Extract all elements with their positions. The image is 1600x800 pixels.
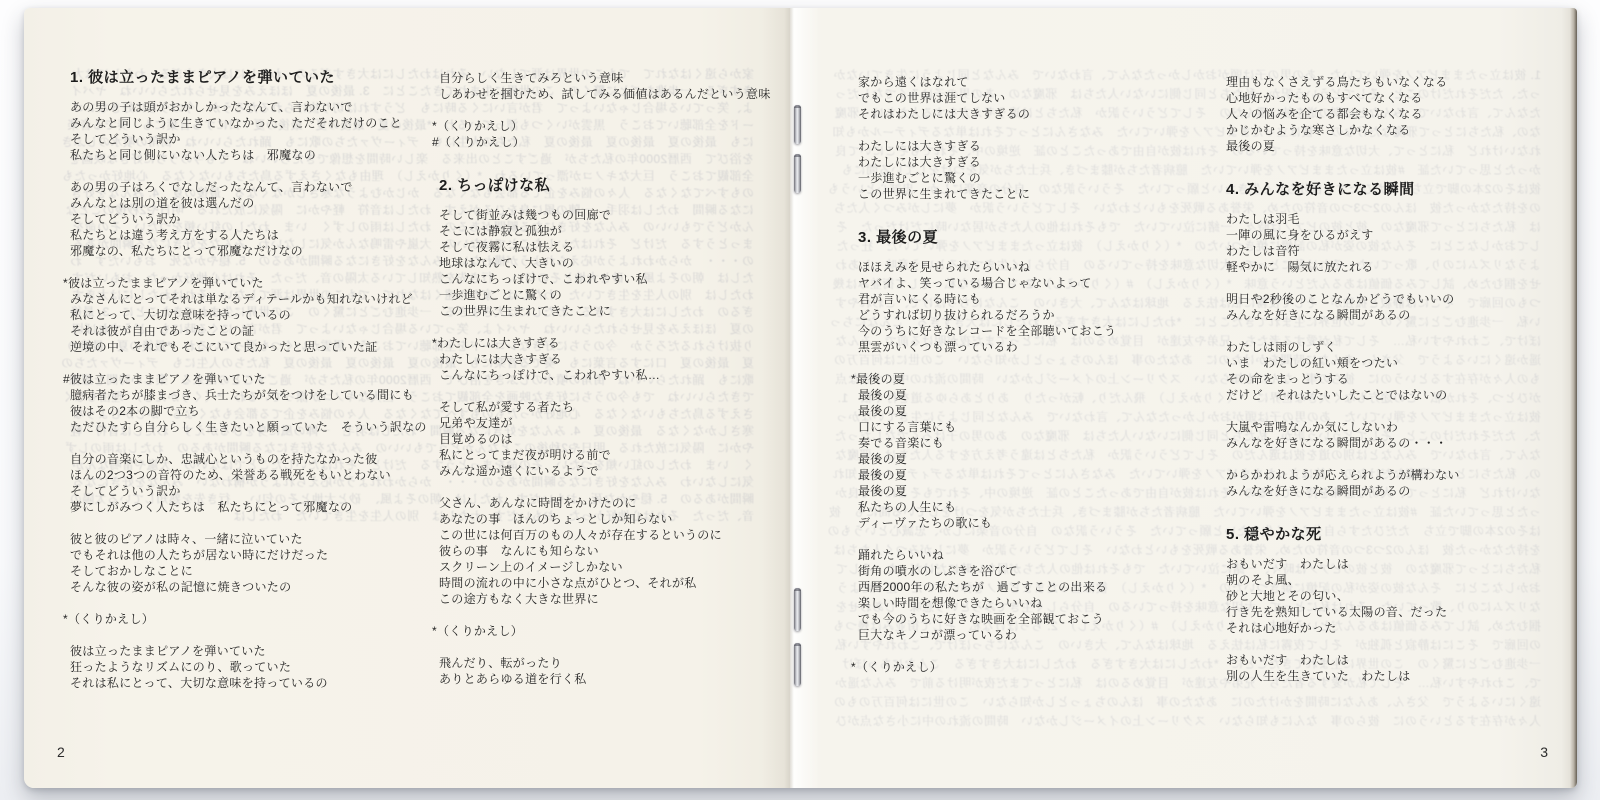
lyric-line: #（くりかえし） xyxy=(432,134,784,150)
lyric-line: そんな彼の姿が私の記憶に焼きついたの xyxy=(70,579,442,595)
lyric-line: こんなにちっぽけで、こわれやすい私… xyxy=(439,367,784,383)
lyric-line: 行き先を熟知している太陽の音、だった xyxy=(1226,604,1577,620)
right-page-column-1: 家から遠くはなれてでもこの世界は涯てしないそれはわたしには大きすぎるのわたしには… xyxy=(858,74,1218,691)
lyric-stanza: 彼は立ったままピアノを弾いていた狂ったようなリズムにのり、歌っていたそれは私にと… xyxy=(70,643,442,691)
lyric-line: わたしには大きすぎる xyxy=(858,154,1218,170)
lyric-stanza: 家から遠くはなれてでもこの世界は涯てしないそれはわたしには大きすぎるの xyxy=(858,74,1218,122)
lyric-line: 最後の夏 xyxy=(858,451,1218,467)
lyric-line: *最後の夏 xyxy=(851,371,1218,387)
lyric-line: ただひたすら自分らしく生きたいと願っていた そういう訳なの xyxy=(70,419,442,435)
lyric-line: あの男の子はろくでなしだったなんて、言わないで xyxy=(70,179,442,195)
lyric-line: 逆境の中、それでもそこにいて良かったと思っていた証 xyxy=(70,339,442,355)
lyric-line: 別の人生を生きていた わたしは xyxy=(1226,668,1577,684)
lyric-line: 君が言いにくる時にも xyxy=(858,291,1218,307)
lyric-line: そしてどういう訳か xyxy=(70,211,442,227)
lyric-line: みんなとは別の道を彼は選んだの xyxy=(70,195,442,211)
lyric-line: そして夜霧に私は怯える xyxy=(439,239,784,255)
lyric-stanza: 自分らしく生きてみろという意味しあわせを掴むため、試してみる価値はあるんだという… xyxy=(439,70,784,102)
lyric-line: ヤバイよ、笑っている場合じゃないよって xyxy=(858,275,1218,291)
lyric-line: みんなを好きになる瞬間があるの・・・ xyxy=(1226,435,1577,451)
song-title: 4. みんなを好きになる瞬間 xyxy=(1226,182,1577,198)
lyric-line: そして街並みは幾つもの回廊で xyxy=(439,207,784,223)
lyric-line: そこには静寂と孤独が xyxy=(439,223,784,239)
lyric-line: 父さん、あんなに時間をかけたのに xyxy=(439,495,784,511)
page-number-right: 3 xyxy=(1540,744,1548,760)
lyric-line: 巨大なキノコが漂っているわ xyxy=(858,627,1218,643)
lyric-stanza: あの男の子はろくでなしだったなんて、言わないでみんなとは別の道を彼は選んだのそし… xyxy=(70,179,442,259)
lyric-line: 口にする言葉にも xyxy=(858,419,1218,435)
lyric-line: どうすれば切り抜けられるだろうか xyxy=(858,307,1218,323)
lyric-stanza: 彼と彼のピアノは時々、一緒に泣いていたでもそれは他の人たちが居ない時にだけだった… xyxy=(70,531,442,595)
lyric-line: 彼と彼のピアノは時々、一緒に泣いていた xyxy=(70,531,442,547)
lyric-line: あの男の子は頭がおかしかったなんて、言わないで xyxy=(70,99,442,115)
lyric-line: 彼は立ったままピアノを弾いていた xyxy=(70,643,442,659)
lyric-line: でも今のうちに好きな映画を全部観ておこう xyxy=(858,611,1218,627)
lyric-line: それは私にとって、大切な意味を持っているの xyxy=(70,675,442,691)
left-page-column-1: 1. 彼は立ったままピアノを弾いていたあの男の子は頭がおかしかったなんて、言わな… xyxy=(70,70,442,707)
lyric-line: この世には何百万のもの人々が存在するというのに xyxy=(439,527,784,543)
lyric-line: *（くりかえし） xyxy=(63,611,442,627)
lyric-line: 砂と大地とその匂い、 xyxy=(1226,588,1577,604)
lyric-stanza: *（くりかえし） xyxy=(439,623,784,639)
lyric-line: この途方もなく大きな世界に xyxy=(439,591,784,607)
lyric-line: 楽しい時間を想像できたらいいね xyxy=(858,595,1218,611)
lyric-line: からかわれようが応えられようが構わない xyxy=(1226,467,1577,483)
lyric-line: でもそれは他の人たちが居ない時にだけだった xyxy=(70,547,442,563)
lyric-line: それは心地好かった xyxy=(1226,620,1577,636)
lyric-line: 私たちの人生にも xyxy=(858,499,1218,515)
lyric-stanza: おもいだす わたしは朝のそよ風、砂と大地とその匂い、行き先を熟知している太陽の音… xyxy=(1226,556,1577,636)
song-title: 2. ちっぽけな私 xyxy=(439,178,784,194)
booklet-spread: 家から遠くはなれて でもこの世界は涯てしない それはわたしには大きすぎるの わた… xyxy=(24,8,1577,788)
lyric-line: わたしは雨のしずく xyxy=(1226,339,1577,355)
lyric-line: いま わたしの紅い頬をつたい xyxy=(1226,355,1577,371)
lyric-line: みなさんにとってそれは単なるディテールかも知れないけれど xyxy=(70,291,442,307)
lyric-line: *（くりかえし） xyxy=(851,659,1218,675)
lyric-stanza: 明日や2秒後のことなんかどうでもいいのみんなを好きになる瞬間があるの xyxy=(1226,291,1577,323)
lyric-line: *（くりかえし） xyxy=(432,118,784,134)
lyric-line: 私たちとは違う考え方をする人たちは xyxy=(70,227,442,243)
lyric-line: それはわたしには大きすぎるの xyxy=(858,106,1218,122)
song-title: 5. 穏やかな死 xyxy=(1226,527,1577,543)
lyric-line: それは彼が自由であったことの証 xyxy=(70,323,442,339)
page-number-left: 2 xyxy=(57,744,65,760)
lyric-stanza: 父さん、あんなに時間をかけたのにあなたの事 ほんのちょっとしか知らないこの世には… xyxy=(439,495,784,607)
lyric-line: 自分の音楽にしか、忠誠心というものを持たなかった彼 xyxy=(70,451,442,467)
lyric-line: ほほえみを見せられたらいいね xyxy=(858,259,1218,275)
lyric-line: 最後の夏 xyxy=(858,387,1218,403)
lyric-stanza: *彼は立ったままピアノを弾いていたみなさんにとってそれは単なるディテールかも知れ… xyxy=(70,275,442,355)
lyric-line: 街角の噴水のしぶきを浴びて xyxy=(858,563,1218,579)
lyric-line: 兄弟や友達が xyxy=(439,415,784,431)
lyric-stanza: そして私が愛する者たち兄弟や友達が目覚めるのは私にとってまだ夜が明ける前でみんな… xyxy=(439,399,784,479)
lyric-stanza: *（くりかえし） xyxy=(858,659,1218,675)
lyric-line: ありとあらゆる道を行く私 xyxy=(439,671,784,687)
lyric-line: でもこの世界は涯てしない xyxy=(858,90,1218,106)
right-page-column-2: 理由もなくさえずる鳥たちもいなくなる心地好かったものもすべてなくなる人々の悩みを… xyxy=(1226,74,1577,700)
lyric-line: ディーヴァたちの歌にも xyxy=(858,515,1218,531)
lyric-line: 邪魔なの、私たちにとって邪魔なだけなの xyxy=(70,243,442,259)
lyric-line: わたしには大きすぎる xyxy=(858,138,1218,154)
lyric-line: 最後の夏 xyxy=(1226,138,1577,154)
lyric-line: みんなと同じように生きていなかった、ただそれだけのこと xyxy=(70,115,442,131)
lyric-stanza: *（くりかえし）#（くりかえし） xyxy=(439,118,784,150)
lyric-line: 飛んだり、転がったり xyxy=(439,655,784,671)
lyric-stanza: 理由もなくさえずる鳥たちもいなくなる心地好かったものもすべてなくなる人々の悩みを… xyxy=(1226,74,1577,154)
lyric-line: 一歩進むごとに驚くの xyxy=(858,170,1218,186)
lyric-line: そしてどういう訳か xyxy=(70,483,442,499)
lyric-line: 軽やかに 陽気に放たれる xyxy=(1226,259,1577,275)
lyric-stanza: あの男の子は頭がおかしかったなんて、言わないでみんなと同じように生きていなかった… xyxy=(70,99,442,163)
lyric-line: 黒雲がいくつも漂っているわ xyxy=(858,339,1218,355)
lyric-stanza: 飛んだり、転がったりありとあらゆる道を行く私 xyxy=(439,655,784,687)
lyric-line: だけど それはたいしたことではないの xyxy=(1226,387,1577,403)
lyric-line: かじかむような寒さしかなくなる xyxy=(1226,122,1577,138)
lyric-line: 西暦2000年の私たちが 過ごすことの出来る xyxy=(858,579,1218,595)
lyric-line: ほんの2つ3つの音符のため、栄誉ある戦死をもいとわない xyxy=(70,467,442,483)
lyric-line: 地球はなんて、大きいの xyxy=(439,255,784,271)
lyric-line: *彼は立ったままピアノを弾いていた xyxy=(63,275,442,291)
lyric-stanza: からかわれようが応えられようが構わないみんなを好きになる瞬間があるの xyxy=(1226,467,1577,499)
lyric-line: 奏でる音楽にも xyxy=(858,435,1218,451)
lyric-line: 私にとってまだ夜が明ける前で xyxy=(439,447,784,463)
lyric-line: 最後の夏 xyxy=(858,483,1218,499)
lyric-line: 今のうちに好きなレコードを全部聴いておこう xyxy=(858,323,1218,339)
lyric-stanza: そして街並みは幾つもの回廊でそこには静寂と孤独がそして夜霧に私は怯える地球はなん… xyxy=(439,207,784,319)
lyric-line: あなたの事 ほんのちょっとしか知らない xyxy=(439,511,784,527)
lyric-line: 目覚めるのは xyxy=(439,431,784,447)
lyric-line: 家から遠くはなれて xyxy=(858,74,1218,90)
lyric-line: みんな遥か遠くにいるようで xyxy=(439,463,784,479)
lyric-line: 心地好かったものもすべてなくなる xyxy=(1226,90,1577,106)
lyric-line: わたしは羽毛 xyxy=(1226,211,1577,227)
page-right: 1. 彼は立ったままピアノを弾いていた あの男の子は頭がおかしかったなんて、言わ… xyxy=(790,8,1577,788)
page-left: 家から遠くはなれて でもこの世界は涯てしない それはわたしには大きすぎるの わた… xyxy=(24,8,790,788)
lyric-stanza: わたしには大きすぎるわたしには大きすぎる一歩進むごとに驚くのこの世界に生まれてき… xyxy=(858,138,1218,202)
lyric-stanza: おもいだす わたしは別の人生を生きていた わたしは xyxy=(1226,652,1577,684)
lyric-stanza: *（くりかえし） xyxy=(70,611,442,627)
lyric-line: 大嵐や雷鳴なんか気にしないわ xyxy=(1226,419,1577,435)
lyric-stanza: 自分の音楽にしか、忠誠心というものを持たなかった彼ほんの2つ3つの音符のため、栄… xyxy=(70,451,442,515)
song-title: 1. 彼は立ったままピアノを弾いていた xyxy=(70,70,442,86)
lyric-stanza: *最後の夏最後の夏最後の夏口にする言葉にも奏でる音楽にも最後の夏最後の夏最後の夏… xyxy=(858,371,1218,531)
lyric-line: そしておかしなことに xyxy=(70,563,442,579)
left-page-column-2: 自分らしく生きてみろという意味しあわせを掴むため、試してみる価値はあるんだという… xyxy=(439,70,784,703)
lyric-line: 臆病者たちが膝まづき、兵士たちが気をつけをしている間にも xyxy=(70,387,442,403)
lyric-line: その命をまっとうする xyxy=(1226,371,1577,387)
booklet-scan-scene: 家から遠くはなれて でもこの世界は涯てしない それはわたしには大きすぎるの わた… xyxy=(0,0,1600,800)
lyric-line: #彼は立ったままピアノを弾いていた xyxy=(63,371,442,387)
lyric-stanza: 大嵐や雷鳴なんか気にしないわみんなを好きになる瞬間があるの・・・ xyxy=(1226,419,1577,451)
lyric-line: *わたしには大きすぎる xyxy=(432,335,784,351)
lyric-stanza: 踊れたらいいね街角の噴水のしぶきを浴びて西暦2000年の私たちが 過ごすことの出… xyxy=(858,547,1218,643)
lyric-line: わたしは音符 xyxy=(1226,243,1577,259)
lyric-line: 一歩進むごとに驚くの xyxy=(439,287,784,303)
lyric-line: みんなを好きになる瞬間があるの xyxy=(1226,483,1577,499)
lyric-line: 私たちと同じ側にいない人たちは 邪魔なの xyxy=(70,147,442,163)
lyric-line: スクリーン上のイメージしかない xyxy=(439,559,784,575)
lyric-line: 彼らの事 なんにも知らない xyxy=(439,543,784,559)
lyric-line: 狂ったようなリズムにのり、歌っていた xyxy=(70,659,442,675)
lyric-line: 踊れたらいいね xyxy=(858,547,1218,563)
song-title: 3. 最後の夏 xyxy=(858,230,1218,246)
lyric-line: わたしには大きすぎる xyxy=(439,351,784,367)
lyric-line: 一陣の風に身をひるがえす xyxy=(1226,227,1577,243)
lyric-line: この世界に生まれてきたことに xyxy=(858,186,1218,202)
lyric-stanza: #彼は立ったままピアノを弾いていた臆病者たちが膝まづき、兵士たちが気をつけをして… xyxy=(70,371,442,435)
lyric-line: *（くりかえし） xyxy=(432,623,784,639)
lyric-line: こんなにちっぽけで、こわれやすい私 xyxy=(439,271,784,287)
lyric-stanza: *わたしには大きすぎるわたしには大きすぎるこんなにちっぽけで、こわれやすい私… xyxy=(439,335,784,383)
lyric-line: 最後の夏 xyxy=(858,467,1218,483)
lyric-line: 私にとって、大切な意味を持っているの xyxy=(70,307,442,323)
lyric-line: おもいだす わたしは xyxy=(1226,652,1577,668)
lyric-line: 最後の夏 xyxy=(858,403,1218,419)
lyric-line: 人々の悩みを企てる都会もなくなる xyxy=(1226,106,1577,122)
lyric-line: おもいだす わたしは xyxy=(1226,556,1577,572)
lyric-stanza: わたしは羽毛一陣の風に身をひるがえすわたしは音符軽やかに 陽気に放たれる xyxy=(1226,211,1577,275)
lyric-line: 彼はその2本の脚で立ち xyxy=(70,403,442,419)
lyric-line: みんなを好きになる瞬間があるの xyxy=(1226,307,1577,323)
lyric-line: そしてどういう訳か xyxy=(70,131,442,147)
lyric-stanza: わたしは雨のしずくいま わたしの紅い頬をつたいその命をまっとうするだけど それは… xyxy=(1226,339,1577,403)
lyric-line: 理由もなくさえずる鳥たちもいなくなる xyxy=(1226,74,1577,90)
lyric-line: そして私が愛する者たち xyxy=(439,399,784,415)
lyric-line: しあわせを掴むため、試してみる価値はあるんだという意味 xyxy=(439,86,784,102)
lyric-stanza: ほほえみを見せられたらいいねヤバイよ、笑っている場合じゃないよって君が言いにくる… xyxy=(858,259,1218,355)
lyric-line: この世界に生まれてきたことに xyxy=(439,303,784,319)
lyric-line: 自分らしく生きてみろという意味 xyxy=(439,70,784,86)
lyric-line: 時間の流れの中に小さな点がひとつ、それが私 xyxy=(439,575,784,591)
lyric-line: 朝のそよ風、 xyxy=(1226,572,1577,588)
lyric-line: 夢にしがみつく人たちは 私たちにとって邪魔なの xyxy=(70,499,442,515)
lyric-line: 明日や2秒後のことなんかどうでもいいの xyxy=(1226,291,1577,307)
